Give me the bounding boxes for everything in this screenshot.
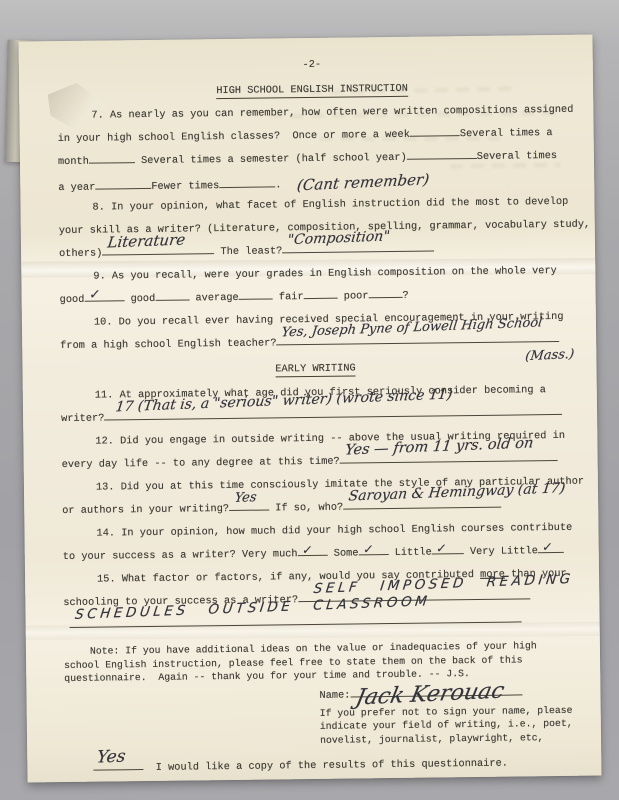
q9-text: good	[124, 293, 155, 305]
answer-blank: Yes	[229, 498, 269, 511]
questionnaire-page: -2- HIGH SCHOOL ENGLISH INSTRUCTION 7. A…	[18, 35, 601, 783]
q8-text: The least?	[214, 245, 282, 258]
q9-text: fair	[273, 291, 304, 303]
answer-blank	[407, 146, 477, 160]
checkmark-icon: ✓	[542, 542, 553, 552]
signature-note-text: novelist, journalist, playwright, etc,	[320, 732, 544, 746]
signature-note-line3: novelist, journalist, playwright, etc,	[320, 730, 575, 747]
question-13: 13. Did you at this time consciously imi…	[62, 471, 573, 523]
copy-request-text: I would like a copy of the results of th…	[156, 758, 508, 774]
question-10: 10. Do you recall ever having received s…	[60, 306, 571, 358]
question-11: 11. At approximately what age did you fi…	[61, 379, 572, 431]
handwritten-answer-q10-mass: (Mass.)	[524, 343, 575, 368]
q12-text: every day life -- to any degree at this …	[62, 456, 340, 471]
page-content: -2- HIGH SCHOOL ENGLISH INSTRUCTION 7. A…	[18, 35, 601, 782]
answer-blank: SCHEDULES OUTSIDE CLASSROOM	[70, 609, 522, 628]
q8-text: 8. In your opinion, what facet of Englis…	[92, 196, 568, 214]
q13-text: or authors in your writing?	[62, 503, 229, 517]
q7-text: Fewer times	[151, 180, 219, 193]
q9-text: ?	[402, 290, 408, 302]
answer-blank	[410, 123, 460, 137]
q7-text: Several times a	[460, 127, 553, 140]
answer-blank: Saroyan & Hemingway (at 17)	[343, 495, 501, 510]
q10-text: from a high school English teacher?	[60, 337, 276, 352]
answer-blank: ✓	[432, 541, 464, 554]
checkmark-icon: ✓	[88, 290, 100, 300]
handwritten-answer-q8-least: "Composition"	[286, 225, 391, 252]
section-heading-text: HIGH SCHOOL ENGLISH INSTRUCTION	[216, 83, 408, 99]
copy-request-line: Yes I would like a copy of the results o…	[93, 752, 575, 781]
q13-text: If so, who?	[269, 502, 343, 515]
checkmark-icon: ✓	[363, 544, 374, 554]
scanned-document-stage: -2- HIGH SCHOOL ENGLISH INSTRUCTION 7. A…	[0, 0, 619, 800]
q14-text: to your success as a writer? Very much	[63, 548, 298, 563]
q15-line3: SCHEDULES OUTSIDE CLASSROOM	[64, 609, 574, 638]
name-line: Name:Jack Kerouac	[319, 681, 574, 706]
question-9: 9. As you recall, were your grades in En…	[59, 260, 570, 312]
answer-blank: ✓	[358, 542, 388, 555]
answer-blank	[155, 287, 189, 300]
q14-text: Very Little	[464, 545, 538, 558]
answer-blank: ✓	[84, 288, 124, 301]
handwritten-answer-q8-most: Literature	[106, 228, 187, 254]
answer-blank	[89, 150, 135, 164]
section-heading-text: EARLY WRITING	[275, 362, 356, 377]
answer-blank	[219, 174, 275, 188]
answer-blank	[368, 285, 402, 298]
answer-blank: Yes — from 11 yrs. old on	[340, 448, 558, 464]
question-14: 14. In your opinion, how much did your h…	[62, 517, 573, 569]
page-number-text: -2-	[302, 59, 321, 71]
q9-text: average	[189, 292, 239, 305]
q7-text: month	[58, 156, 89, 168]
answer-blank	[239, 286, 273, 299]
q7-text: Several times a semester (half school ye…	[135, 152, 407, 167]
question-8: 8. In your opinion, what facet of Englis…	[58, 191, 569, 266]
answer-blank: Yes, Joseph Pyne of Lowell High School	[276, 329, 559, 345]
signature-block: Name:Jack Kerouac If you prefer not to s…	[319, 681, 575, 747]
q10-line2: from a high school English teacher?Yes, …	[60, 329, 570, 358]
q7-text: a year	[58, 182, 95, 194]
q7-text: Several times	[477, 150, 557, 163]
question-12: 12. Did you engage in outside writing --…	[61, 425, 572, 477]
q14-text: Little	[388, 547, 431, 560]
copy-request-text	[143, 762, 156, 774]
answer-blank: Literature	[102, 241, 214, 255]
q14-text: 14. In your opinion, how much did your h…	[96, 522, 572, 540]
name-label: Name:	[319, 689, 350, 701]
page-number: -2-	[57, 51, 567, 80]
answer-blank: Yes	[93, 757, 143, 771]
handwritten-answer-q13-yes: Yes	[233, 486, 258, 510]
q7-text: in your high school English classes? Onc…	[58, 129, 410, 145]
question-15: 15. What factor or factors, if any, woul…	[63, 563, 574, 638]
q9-text: 9. As you recall, were your grades in En…	[93, 265, 557, 283]
answer-blank	[95, 176, 151, 190]
note-text: questionnaire. Again -- thank you for yo…	[64, 668, 470, 684]
handwritten-answer-copy: Yes	[95, 746, 126, 770]
answer-blank	[303, 286, 337, 299]
q14-text: Some	[328, 547, 359, 559]
checkmark-icon: ✓	[302, 545, 313, 555]
question-7: 7. As nearly as you can remember, how of…	[57, 99, 568, 197]
q11-text: writer?	[61, 413, 104, 426]
answer-blank: "Composition"	[282, 238, 434, 253]
checkmark-icon: ✓	[436, 543, 447, 553]
answer-blank: ✓	[538, 540, 564, 553]
q7-text: 7. As nearly as you can remember, how of…	[91, 104, 573, 122]
answer-blank: ✓	[297, 543, 327, 556]
q8-text: others)	[59, 248, 102, 261]
q7-text: .	[275, 179, 281, 191]
q9-text: poor	[338, 290, 369, 302]
q9-text: good	[60, 294, 85, 306]
answer-blank: 17 (That is, a "serious" writer) (wrote …	[104, 402, 562, 421]
